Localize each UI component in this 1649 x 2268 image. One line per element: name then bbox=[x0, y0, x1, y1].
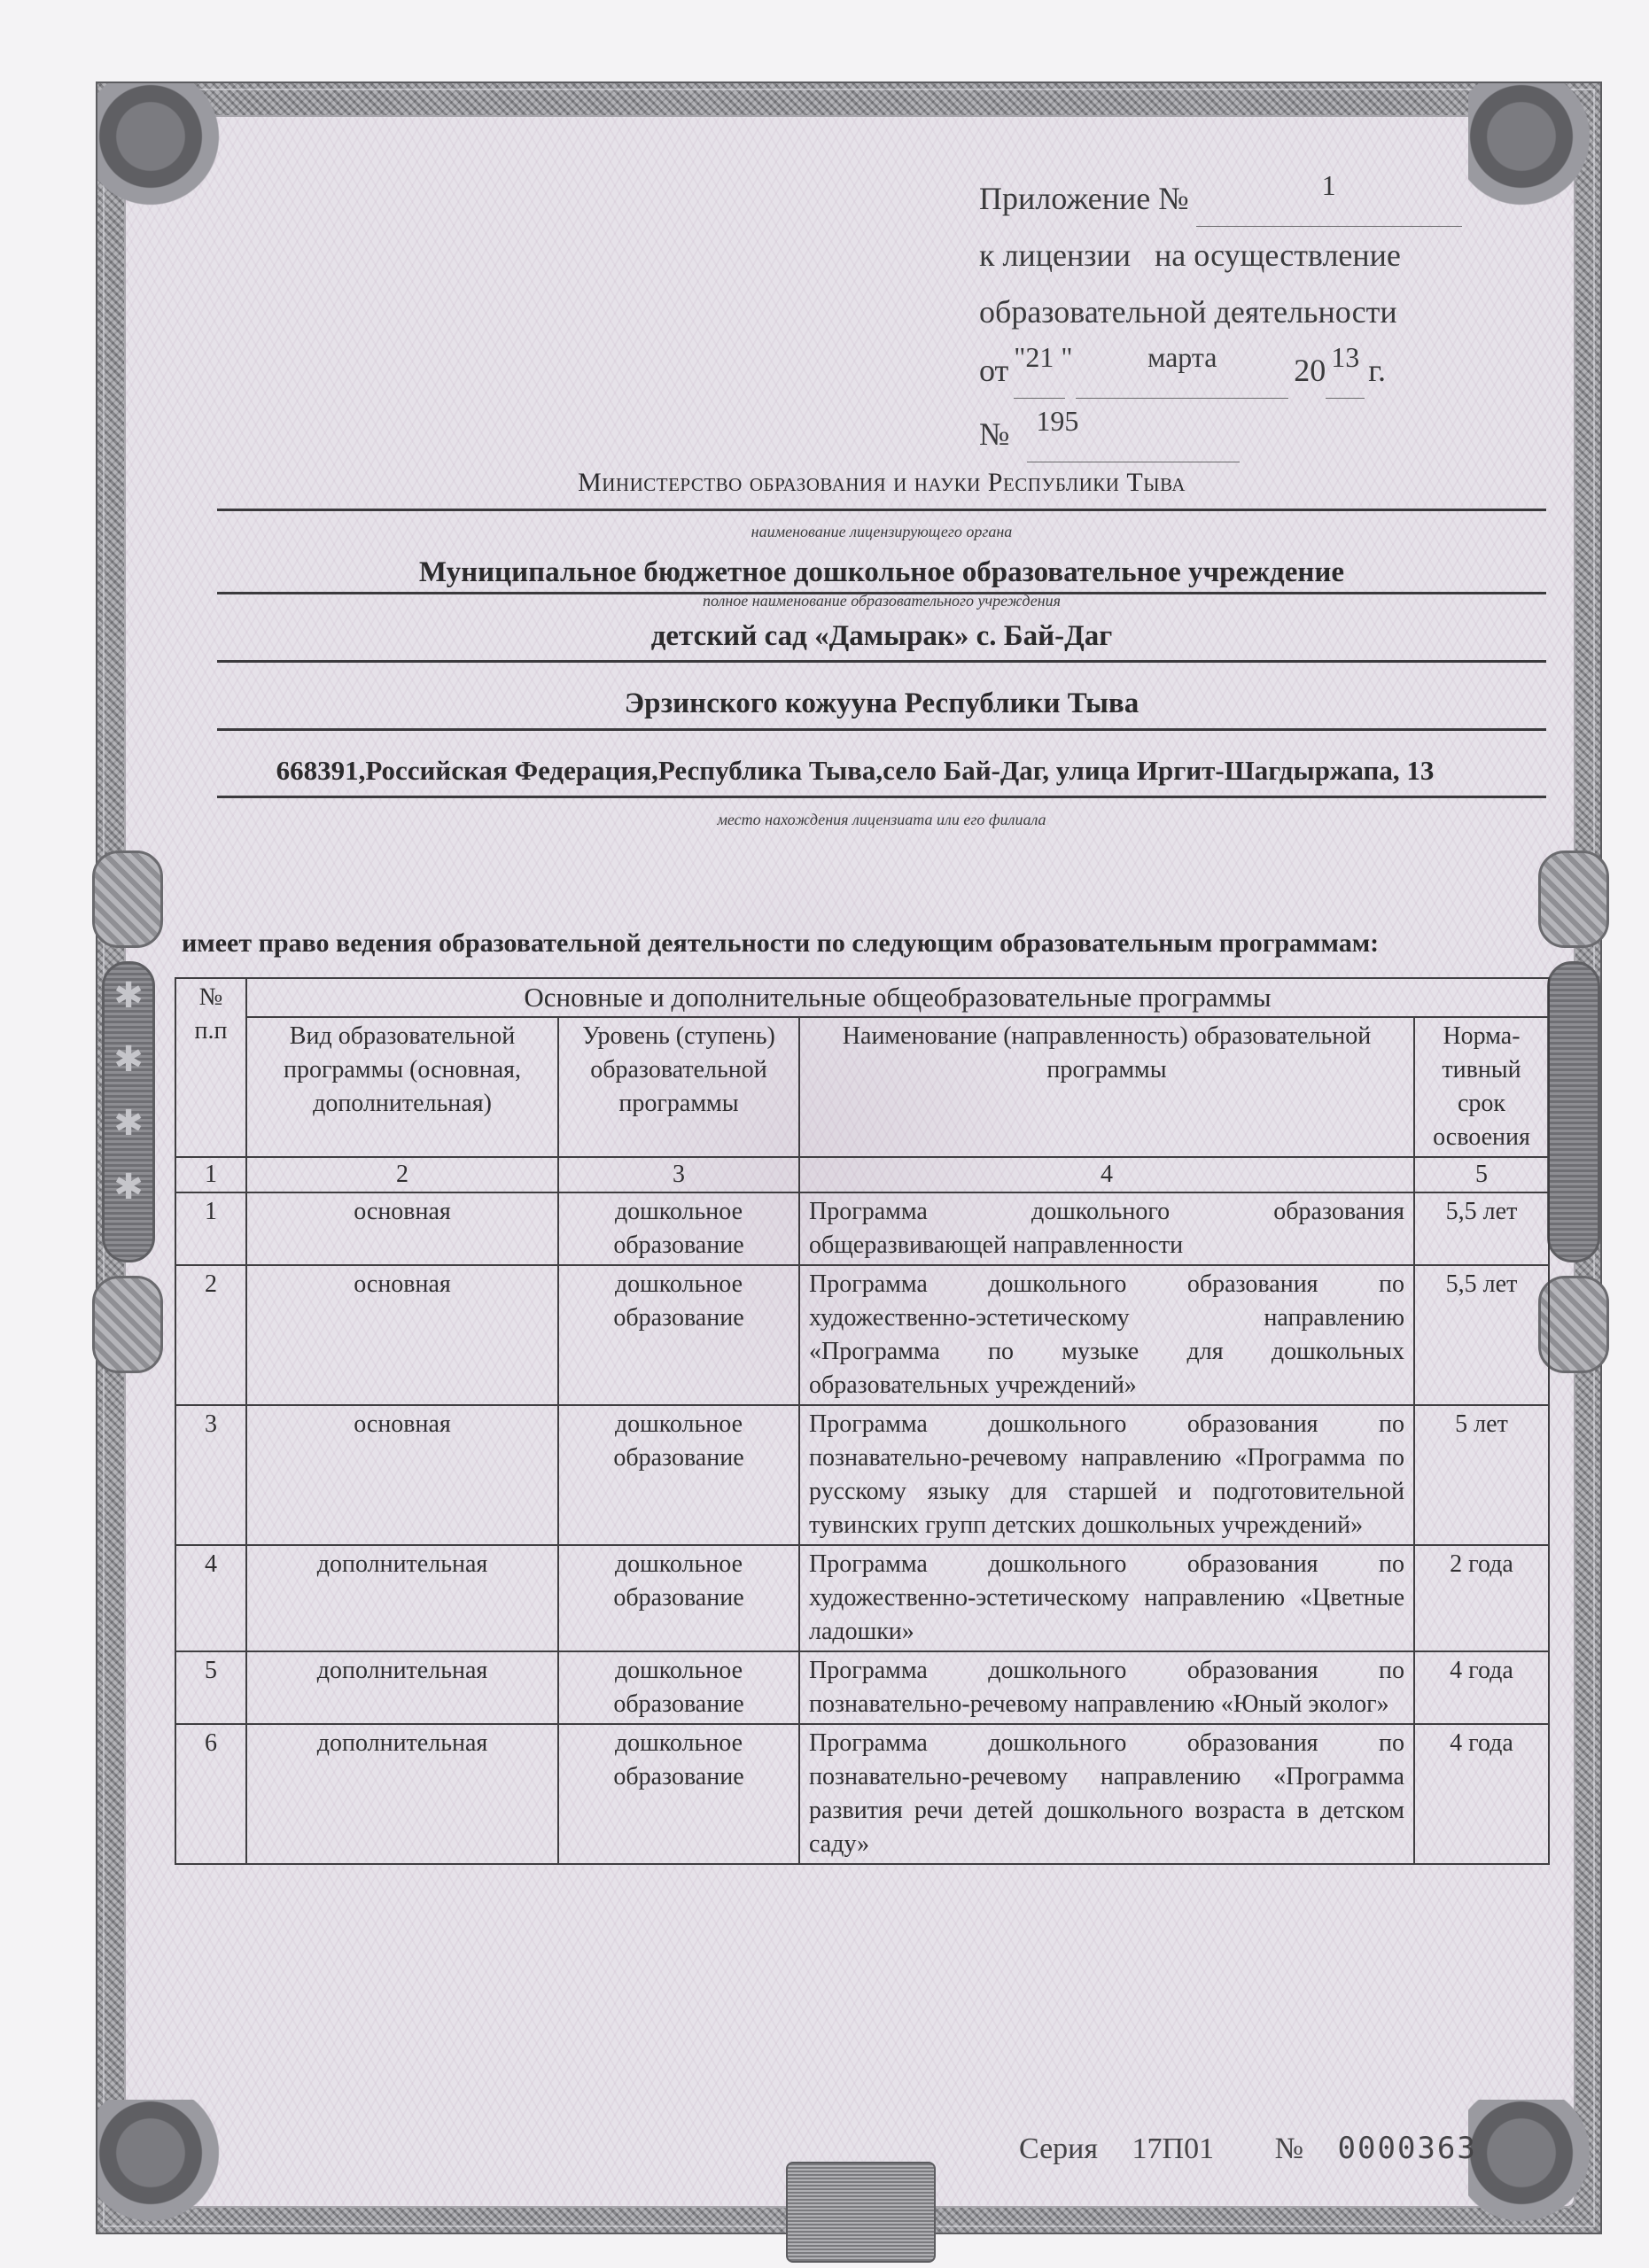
star-icon: ✱ bbox=[105, 1091, 152, 1155]
series-value: 17П01 bbox=[1132, 2132, 1215, 2165]
knot-ornament-icon bbox=[92, 850, 163, 948]
program-kind-cell: основная bbox=[246, 1265, 558, 1405]
program-term-cell: 2 года bbox=[1414, 1545, 1549, 1651]
divider bbox=[217, 796, 1546, 798]
program-kind-cell: основная bbox=[246, 1405, 558, 1545]
institution-caption: полное наименование образовательного учр… bbox=[217, 592, 1546, 610]
bottom-ornament-plate bbox=[786, 2162, 936, 2263]
knot-ornament-icon bbox=[1538, 850, 1609, 948]
program-level-cell: дошкольное образование bbox=[558, 1265, 799, 1405]
index-cell: 2 bbox=[246, 1157, 558, 1192]
program-kind-cell: основная bbox=[246, 1192, 558, 1265]
col-header-kind: Вид образовательной программы (основная,… bbox=[246, 1017, 558, 1157]
program-level-cell: дошкольное образование bbox=[558, 1545, 799, 1651]
institution-name-line-1: Муниципальное бюджетное дошкольное образ… bbox=[217, 556, 1546, 589]
license-number-label: № bbox=[979, 406, 1009, 462]
col-header-number: № п.п bbox=[175, 978, 246, 1157]
institution-name-line-3: Эрзинского кожууна Республики Тыва bbox=[217, 687, 1546, 720]
divider bbox=[217, 509, 1546, 511]
row-number-cell: 6 bbox=[175, 1724, 246, 1864]
table-row: 4дополнительнаядошкольное образованиеПро… bbox=[175, 1545, 1549, 1651]
program-kind-cell: дополнительная bbox=[246, 1651, 558, 1724]
corner-ornament-icon bbox=[97, 2100, 230, 2233]
index-cell: 5 bbox=[1414, 1157, 1549, 1192]
index-cell: 1 bbox=[175, 1157, 246, 1192]
program-term-cell: 4 года bbox=[1414, 1724, 1549, 1864]
program-kind-cell: дополнительная bbox=[246, 1545, 558, 1651]
col-group-header: Основные и дополнительные общеобразовате… bbox=[246, 978, 1549, 1017]
licensing-body-caption: наименование лицензирующего органа bbox=[217, 523, 1546, 541]
date-year-unit: г. bbox=[1368, 342, 1386, 399]
column-index-row: 1 2 3 4 5 bbox=[175, 1157, 1549, 1192]
col-header-level: Уровень (ступень) образовательной програ… bbox=[558, 1017, 799, 1157]
institution-address: 668391,Российская Федерация,Республика Т… bbox=[159, 755, 1551, 787]
star-icon: ✱ bbox=[105, 964, 152, 1028]
date-prefix: от bbox=[979, 342, 1008, 399]
license-number-field: 195 bbox=[1027, 404, 1240, 462]
program-name-cell: Программа дошкольного образования по поз… bbox=[799, 1724, 1414, 1864]
program-level-cell: дошкольное образование bbox=[558, 1405, 799, 1545]
table-row: 3основнаядошкольное образованиеПрограмма… bbox=[175, 1405, 1549, 1545]
date-month-field: марта bbox=[1076, 340, 1288, 399]
star-icon: ✱ bbox=[105, 1028, 152, 1091]
star-icon: ✱ bbox=[105, 1155, 152, 1219]
date-day-field: "21 " bbox=[1014, 340, 1065, 399]
corner-ornament-icon bbox=[1468, 83, 1601, 216]
program-kind-cell: дополнительная bbox=[246, 1724, 558, 1864]
program-name-cell: Программа дошкольного образования по худ… bbox=[799, 1265, 1414, 1405]
series-label: Серия bbox=[1019, 2132, 1098, 2165]
table-row: 5дополнительнаядошкольное образованиеПро… bbox=[175, 1651, 1549, 1724]
program-name-cell: Программа дошкольного образования по худ… bbox=[799, 1545, 1414, 1651]
licensing-body-name: Министерство образования и науки Республ… bbox=[217, 468, 1546, 498]
corner-ornament-icon bbox=[1468, 2100, 1601, 2233]
divider bbox=[217, 728, 1546, 731]
program-level-cell: дошкольное образование bbox=[558, 1651, 799, 1724]
row-number-cell: 2 bbox=[175, 1265, 246, 1405]
row-number-cell: 5 bbox=[175, 1651, 246, 1724]
program-term-cell: 4 года bbox=[1414, 1651, 1549, 1724]
date-year-prefix: 20 bbox=[1294, 342, 1326, 399]
row-number-cell: 1 bbox=[175, 1192, 246, 1265]
table-row: 6дополнительнаядошкольное образованиеПро… bbox=[175, 1724, 1549, 1864]
date-year-field: 13 bbox=[1326, 340, 1365, 399]
table-row: 1основнаядошкольное образованиеПрограмма… bbox=[175, 1192, 1549, 1265]
rights-statement: имеет право ведения образовательной деят… bbox=[182, 928, 1379, 959]
index-cell: 4 bbox=[799, 1157, 1414, 1192]
index-cell: 3 bbox=[558, 1157, 799, 1192]
institution-name-line-2: детский сад «Дамырак» с. Бай-Даг bbox=[217, 620, 1546, 653]
program-term-cell: 5,5 лет bbox=[1414, 1265, 1549, 1405]
form-series: Серия 17П01 № 0000363 bbox=[1019, 2131, 1477, 2166]
program-name-cell: Программа дошкольного образования общера… bbox=[799, 1192, 1414, 1265]
appendix-line-3: образовательной деятельности bbox=[979, 283, 1397, 340]
side-panel-ornament bbox=[1547, 961, 1600, 1262]
program-name-cell: Программа дошкольного образования по поз… bbox=[799, 1651, 1414, 1724]
program-level-cell: дошкольное образование bbox=[558, 1192, 799, 1265]
program-name-cell: Программа дошкольного образования по поз… bbox=[799, 1405, 1414, 1545]
program-term-cell: 5,5 лет bbox=[1414, 1192, 1549, 1265]
appendix-number-field: 1 bbox=[1196, 168, 1462, 227]
form-number-value: 0000363 bbox=[1338, 2131, 1477, 2166]
address-caption: место нахождения лицензиата или его фили… bbox=[217, 811, 1546, 829]
programs-table: № п.п Основные и дополнительные общеобра… bbox=[175, 977, 1550, 1865]
row-number-cell: 3 bbox=[175, 1405, 246, 1545]
col-header-term: Норма-тивный срок освоения bbox=[1414, 1017, 1549, 1157]
divider bbox=[217, 660, 1546, 663]
appendix-label: Приложение № bbox=[979, 170, 1189, 227]
side-panel-ornament: ✱ ✱ ✱ ✱ bbox=[102, 961, 155, 1262]
appendix-line-2: к лицензии на осуществление bbox=[979, 227, 1401, 283]
form-number-label: № bbox=[1275, 2132, 1303, 2165]
knot-ornament-icon bbox=[92, 1276, 163, 1373]
col-header-name: Наименование (направленность) образовате… bbox=[799, 1017, 1414, 1157]
table-row: 2основнаядошкольное образованиеПрограмма… bbox=[175, 1265, 1549, 1405]
corner-ornament-icon bbox=[97, 83, 230, 216]
appendix-header: Приложение № 1 к лицензии на осуществлен… bbox=[979, 168, 1462, 462]
program-term-cell: 5 лет bbox=[1414, 1405, 1549, 1545]
row-number-cell: 4 bbox=[175, 1545, 246, 1651]
program-level-cell: дошкольное образование bbox=[558, 1724, 799, 1864]
